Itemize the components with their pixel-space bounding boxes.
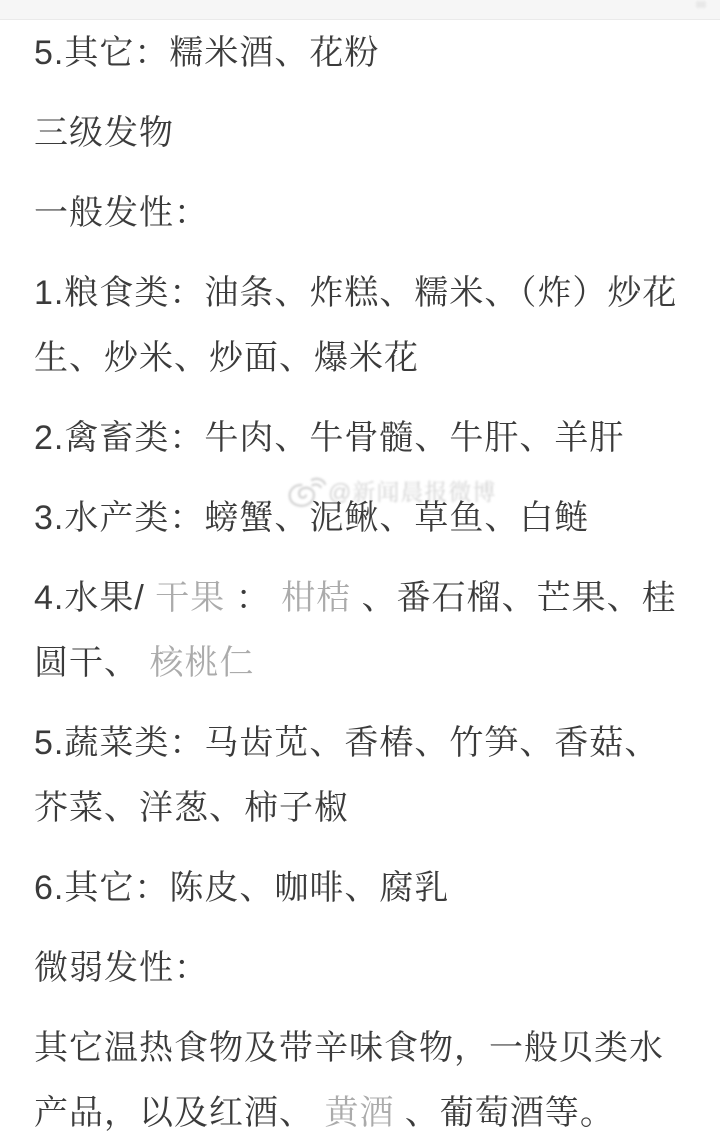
paragraph: 其它温热食物及带辛味食物，一般贝类水产品，以及红酒、 黄酒 、葡萄酒等。 [34, 1016, 692, 1143]
paragraph: 2.禽畜类：牛肉、牛骨髓、牛肝、羊肝 [34, 406, 692, 471]
text-segment: 6.其它：陈皮、咖啡、腐乳 [34, 869, 449, 907]
paragraph: 5.蔬菜类：马齿苋、香椿、竹笋、香菇、芥菜、洋葱、柿子椒 [34, 711, 692, 841]
entity-link[interactable]: 黄酒 [324, 1094, 394, 1132]
paragraph: 微弱发性： [34, 936, 692, 1001]
corner-artifact [696, 1, 706, 8]
article-page: @新闻晨报微博 5.其它：糯米酒、花粉三级发物一般发性：1.粮食类：油条、炸糕、… [0, 0, 720, 1143]
paragraph: 三级发物 [34, 101, 692, 166]
text-segment: 、葡萄酒等。 [394, 1094, 614, 1132]
text-segment: ： [225, 579, 281, 617]
entity-link[interactable]: 柑桔 [281, 579, 351, 617]
text-segment: 2.禽畜类：牛肉、牛骨髓、牛肝、羊肝 [34, 419, 624, 457]
text-segment: 5.蔬菜类：马齿苋、香椿、竹笋、香菇、芥菜、洋葱、柿子椒 [34, 724, 659, 827]
entity-link[interactable]: 干果 [155, 579, 225, 617]
paragraph: 3.水产类：螃蟹、泥鳅、草鱼、白鲢 [34, 486, 692, 551]
paragraph: 1.粮食类：油条、炸糕、糯米、（炸）炒花生、炒米、炒面、爆米花 [34, 261, 692, 391]
text-segment: 3.水产类：螃蟹、泥鳅、草鱼、白鲢 [34, 499, 589, 537]
article-body: 5.其它：糯米酒、花粉三级发物一般发性：1.粮食类：油条、炸糕、糯米、（炸）炒花… [0, 21, 720, 1143]
text-segment: 三级发物 [34, 114, 174, 152]
paragraph: 5.其它：糯米酒、花粉 [34, 21, 692, 86]
top-band [0, 0, 720, 20]
paragraph: 一般发性： [34, 181, 692, 246]
paragraph: 6.其它：陈皮、咖啡、腐乳 [34, 856, 692, 921]
text-segment: 一般发性： [34, 194, 209, 232]
paragraph: 4.水果/ 干果 ： 柑桔 、番石榴、芒果、桂圆干、 核桃仁 [34, 566, 692, 696]
text-segment: 4.水果/ [34, 579, 155, 617]
text-segment: 5.其它：糯米酒、花粉 [34, 34, 379, 72]
text-segment: 微弱发性： [34, 949, 209, 987]
entity-link[interactable]: 核桃仁 [149, 644, 254, 682]
text-segment: 1.粮食类：油条、炸糕、糯米、（炸）炒花生、炒米、炒面、爆米花 [34, 274, 677, 377]
